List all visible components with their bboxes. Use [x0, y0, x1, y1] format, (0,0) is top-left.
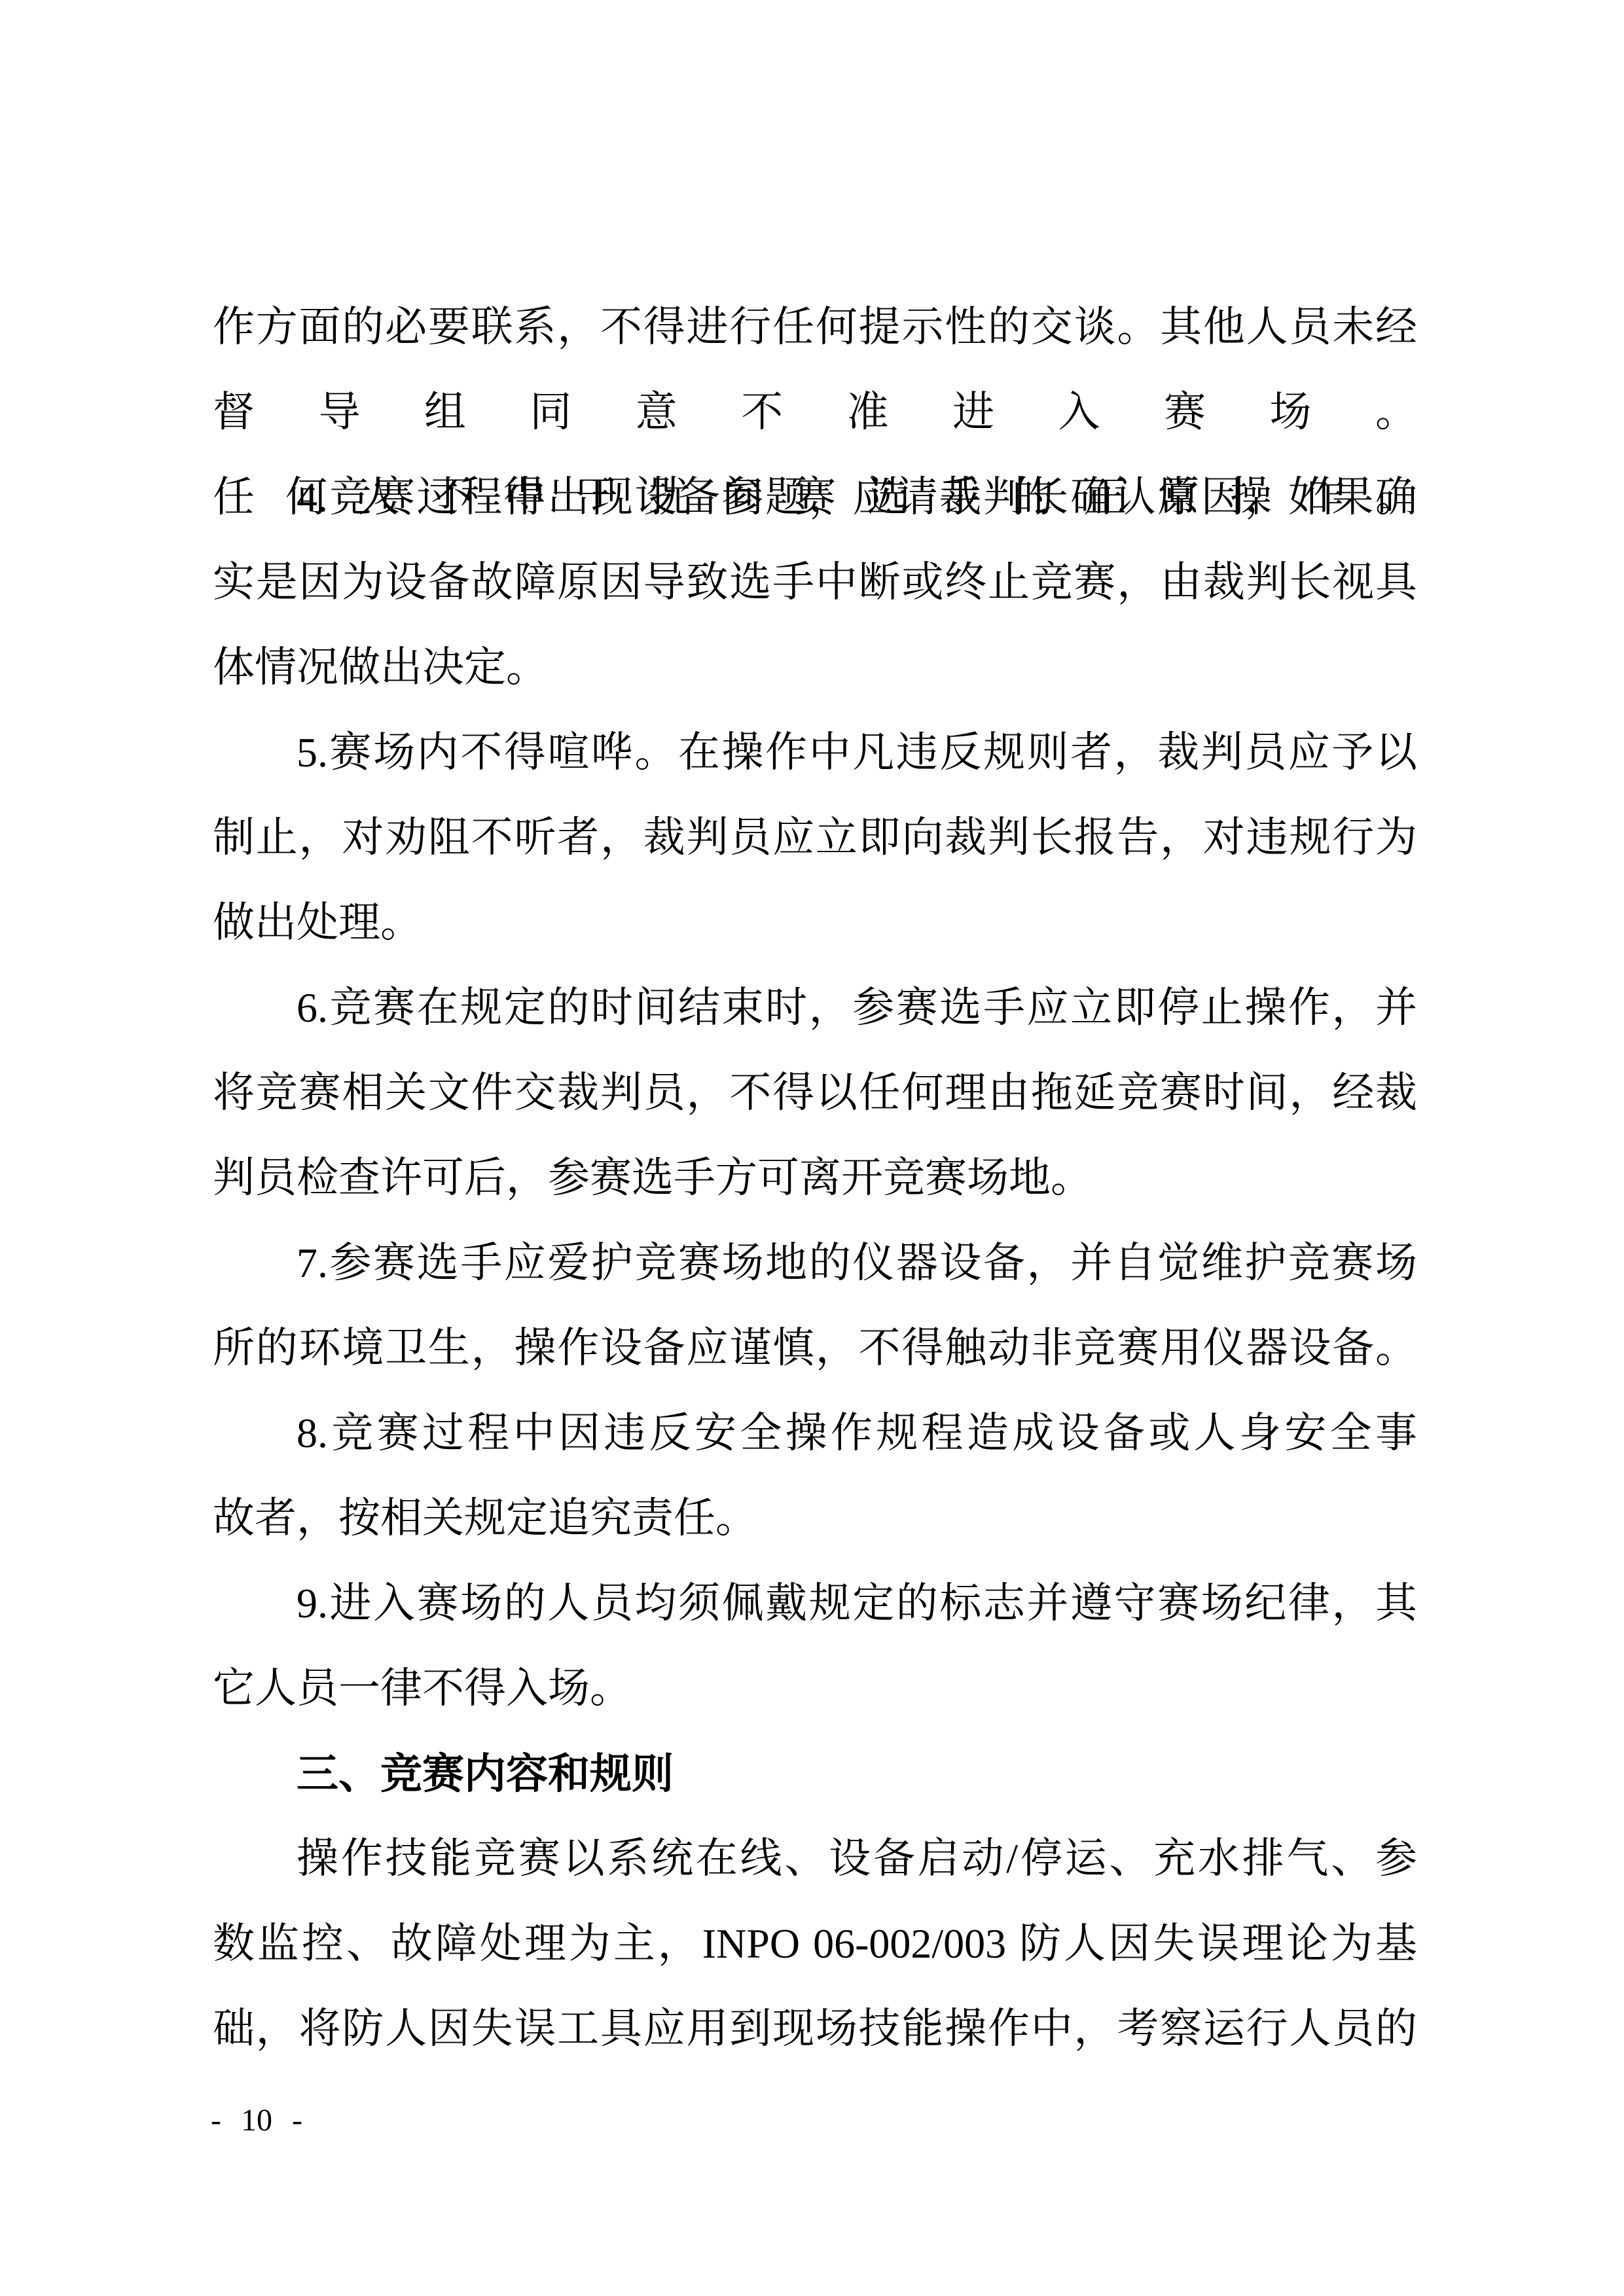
text-line: 故者，按相关规定追究责任。 — [213, 1476, 1417, 1561]
text-line: 它人员一律不得入场。 — [213, 1646, 1417, 1731]
text-line: 9.进入赛场的人员均须佩戴规定的标志并遵守赛场纪律，其 — [213, 1561, 1417, 1646]
text-line: 4.竞赛过程中出现设备问题，应请裁判长确认原因，如果确 — [213, 455, 1417, 540]
document-body: 作方面的必要联系，不得进行任何提示性的交谈。其他人员未经 督导组同意不准进入赛场… — [213, 285, 1417, 2072]
text-line: 实是因为设备故障原因导致选手中断或终止竞赛，由裁判长视具 — [213, 540, 1417, 625]
document-page: 作方面的必要联系，不得进行任何提示性的交谈。其他人员未经 督导组同意不准进入赛场… — [0, 0, 1624, 2296]
text-line: 础，将防人因失误工具应用到现场技能操作中，考察运行人员的 — [213, 1986, 1417, 2072]
text-line: 督导组同意不准进入赛场。任何人不得干扰参赛选手的正常操作。 — [213, 370, 1417, 455]
text-line: 7.参赛选手应爱护竞赛场地的仪器设备，并自觉维护竞赛场 — [213, 1221, 1417, 1306]
text-line: 8.竞赛过程中因违反安全操作规程造成设备或人身安全事 — [213, 1391, 1417, 1476]
text-line: 数监控、故障处理为主，INPO 06-002/003 防人因失误理论为基 — [213, 1901, 1417, 1986]
text-line: 6.竞赛在规定的时间结束时，参赛选手应立即停止操作，并 — [213, 965, 1417, 1050]
text-line: 将竞赛相关文件交裁判员，不得以任何理由拖延竞赛时间，经裁 — [213, 1050, 1417, 1136]
text-line: 做出处理。 — [213, 880, 1417, 965]
text-line: 作方面的必要联系，不得进行任何提示性的交谈。其他人员未经 — [213, 285, 1417, 370]
text-line: 5.赛场内不得喧哗。在操作中凡违反规则者，裁判员应予以 — [213, 710, 1417, 795]
text-line: 体情况做出决定。 — [213, 625, 1417, 710]
text-line: 制止，对劝阻不听者，裁判员应立即向裁判长报告，对违规行为 — [213, 795, 1417, 880]
text-line: 所的环境卫生，操作设备应谨慎，不得触动非竞赛用仪器设备。 — [213, 1306, 1417, 1391]
section-heading: 三、竞赛内容和规则 — [213, 1731, 1417, 1816]
text-line: 判员检查许可后，参赛选手方可离开竞赛场地。 — [213, 1136, 1417, 1221]
text-line: 操作技能竞赛以系统在线、设备启动/停运、充水排气、参 — [213, 1816, 1417, 1901]
page-number: - 10 - — [211, 2098, 302, 2144]
